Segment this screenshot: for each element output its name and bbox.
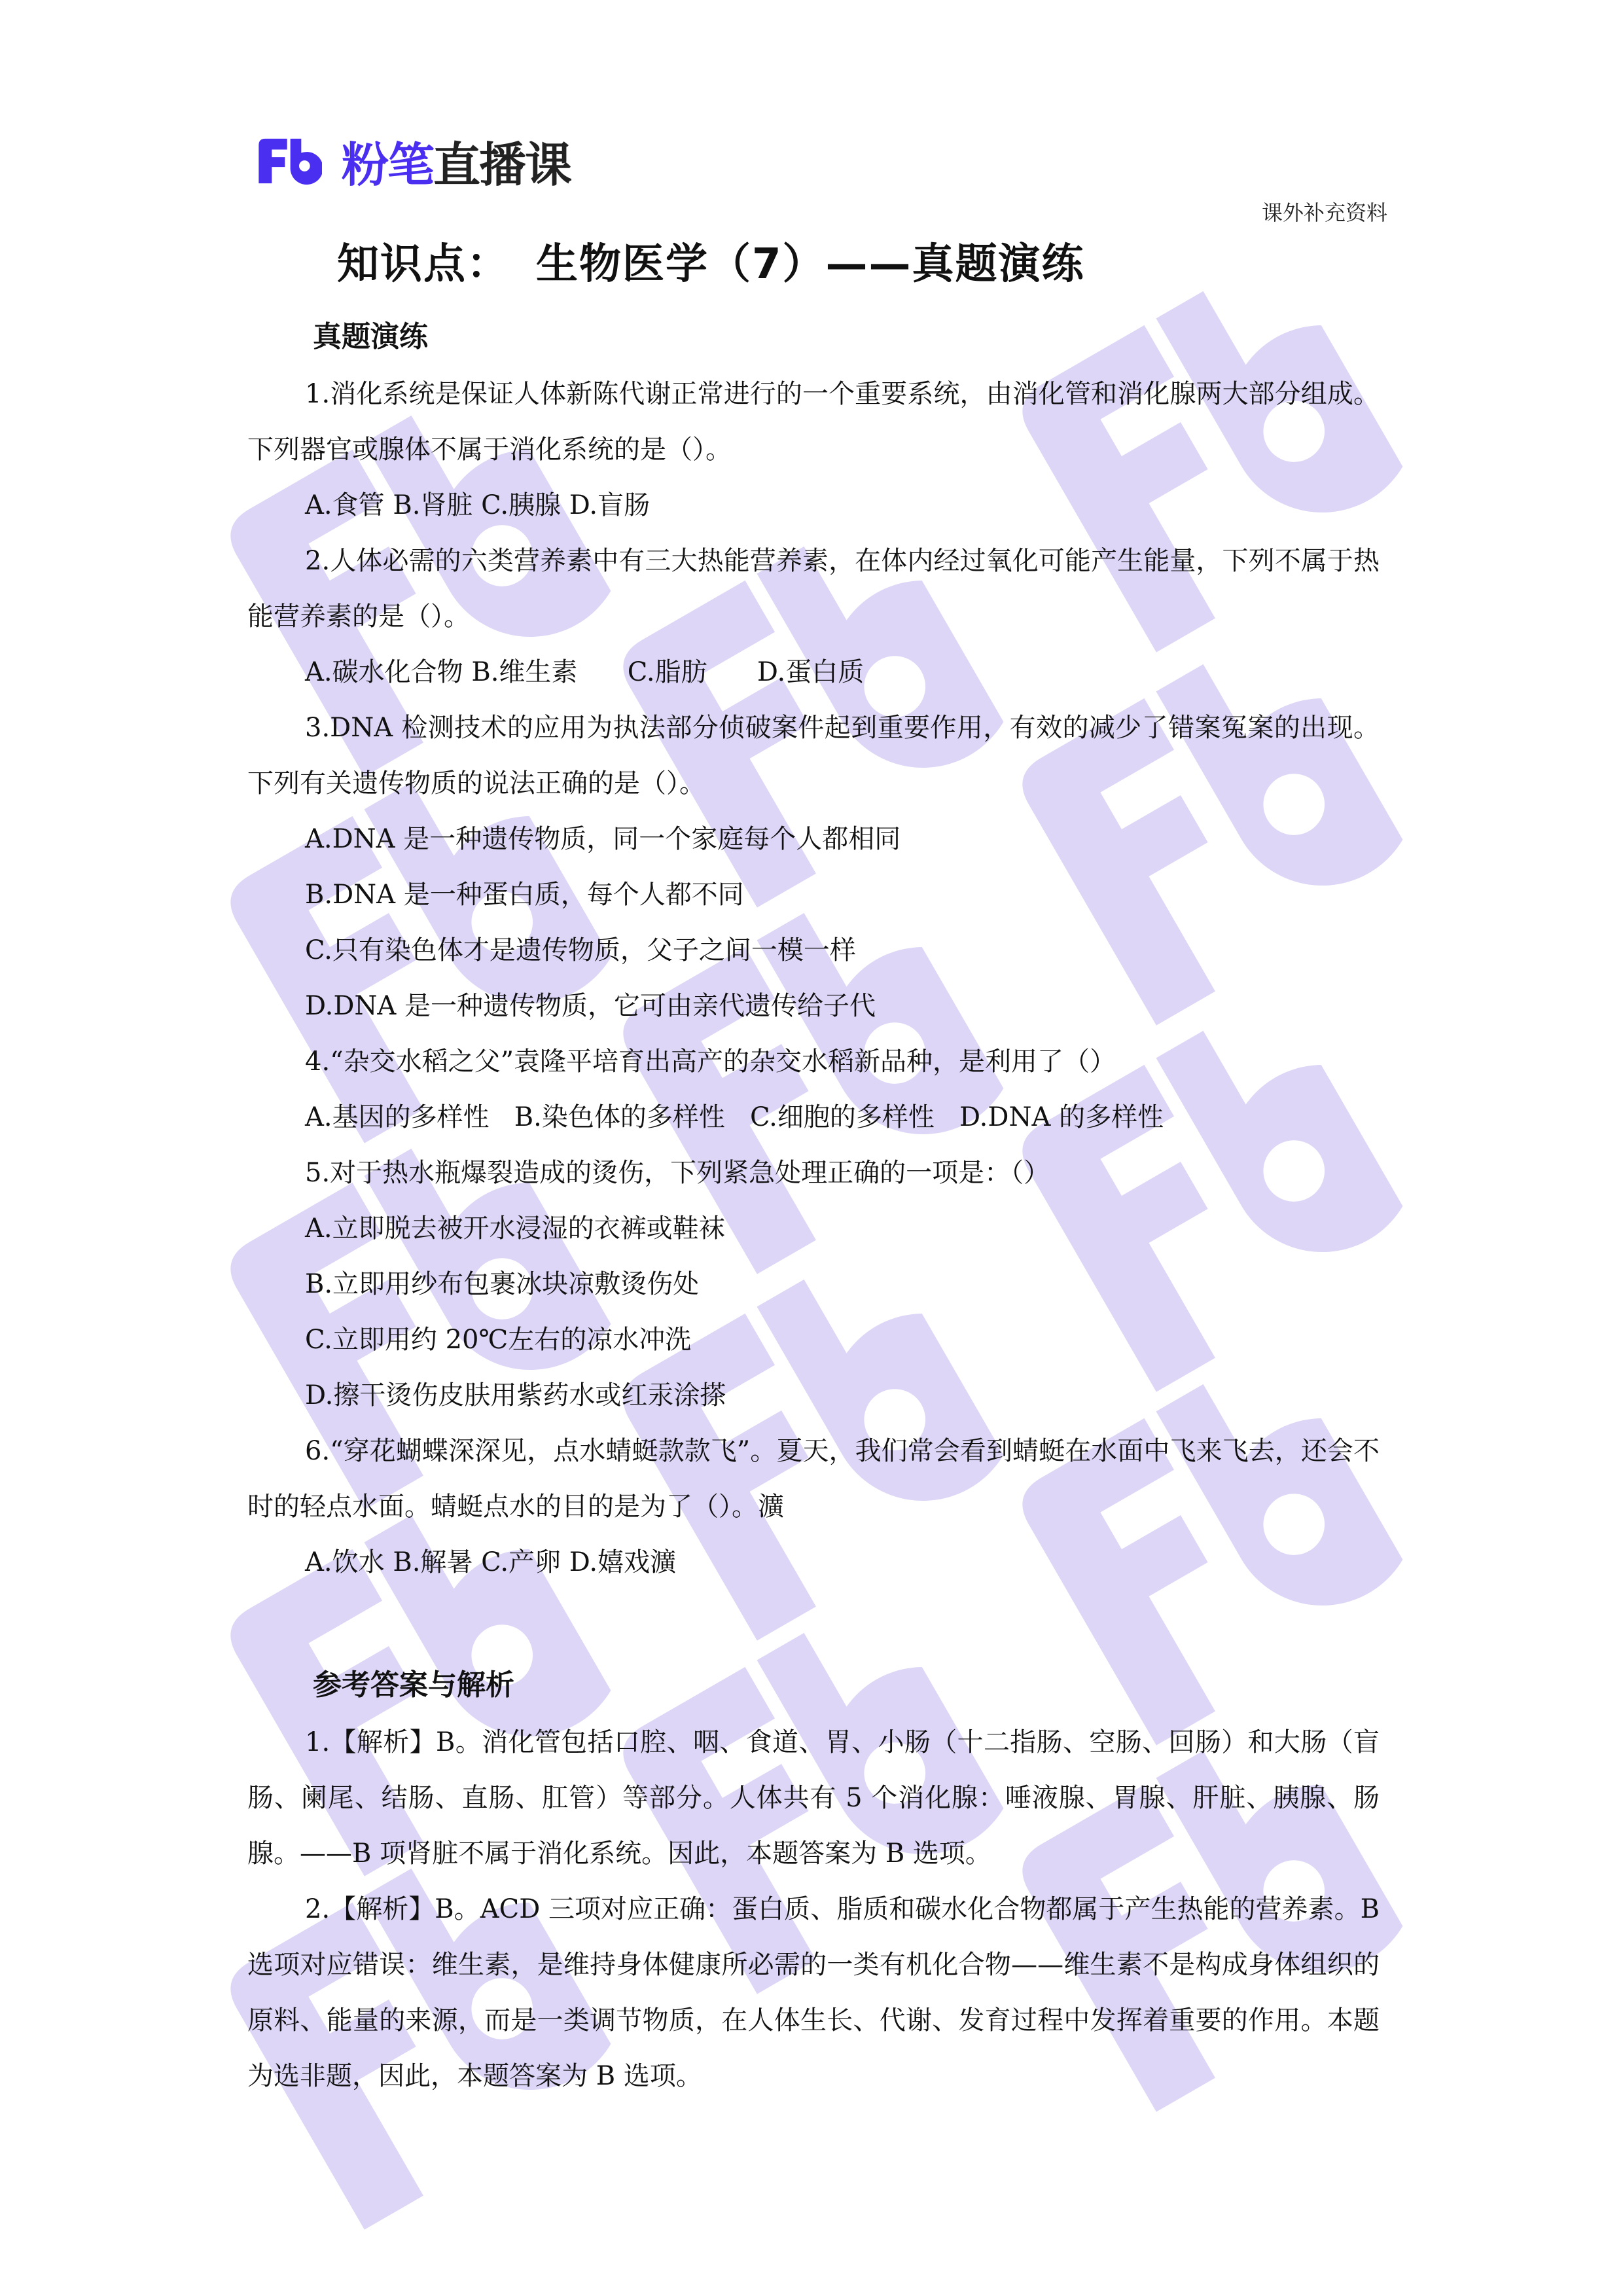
logo-product-text: 直播课 <box>433 127 571 195</box>
question-3-stem: 3.DNA 检测技术的应用为执法部分侦破案件起到重要作用，有效的减少了错案冤案的… <box>247 700 1380 812</box>
brand-logo: 粉笔 直播课 <box>257 128 571 194</box>
section-heading-answers: 参考答案与解析 <box>247 1656 1380 1715</box>
question-4-stem: 4.“杂交水稻之父”袁隆平培育出高产的杂交水稻新品种，是利用了（） <box>247 1034 1380 1090</box>
question-5-option-b: B.立即用纱布包裹冰块凉敷烫伤处 <box>247 1257 1380 1312</box>
question-3-option-c: C.只有染色体才是遗传物质，父子之间一模一样 <box>247 923 1380 978</box>
question-5-option-c: C.立即用约 20℃左右的凉水冲洗 <box>247 1312 1380 1368</box>
supplement-label: 课外补充资料 <box>1262 196 1387 226</box>
question-2-stem: 2.人体必需的六类营养素中有三大热能营养素，在体内经过氧化可能产生能量，下列不属… <box>247 533 1380 645</box>
question-2-options: A.碳水化合物 B.维生素 C.脂肪 D.蛋白质 <box>247 645 1380 700</box>
question-6-stem: 6.“穿花蝴蝶深深见，点水蜻蜓款款飞”。夏天，我们常会看到蜻蜓在水面中飞来飞去，… <box>247 1424 1380 1535</box>
logo-brand-text: 粉笔 <box>342 127 433 195</box>
question-1-options: A.食管 B.肾脏 C.胰腺 D.盲肠 <box>247 478 1380 533</box>
document-body: 真题演练 1.消化系统是保证人体新陈代谢正常进行的一个重要系统，由消化管和消化腺… <box>247 308 1380 2104</box>
fb-logo-icon <box>257 135 322 187</box>
section-heading-practice: 真题演练 <box>247 308 1380 367</box>
question-3-option-b: B.DNA 是一种蛋白质，每个人都不同 <box>247 867 1380 923</box>
question-3-option-a: A.DNA 是一种遗传物质，同一个家庭每个人都相同 <box>247 812 1380 867</box>
question-3-option-d: D.DNA 是一种遗传物质，它可由亲代遗传给子代 <box>247 978 1380 1034</box>
title-text: 生物医学（7）——真题演练 <box>536 240 1085 289</box>
question-1-stem: 1.消化系统是保证人体新陈代谢正常进行的一个重要系统，由消化管和消化腺两大部分组… <box>247 367 1380 478</box>
question-5-stem: 5.对于热水瓶爆裂造成的烫伤，下列紧急处理正确的一项是：（） <box>247 1145 1380 1201</box>
question-5-option-d: D.擦干烫伤皮肤用紫药水或红汞涂搽 <box>247 1368 1380 1424</box>
answer-2: 2.【解析】B。ACD 三项对应正确：蛋白质、脂质和碳水化合物都属于产生热能的营… <box>247 1882 1380 2104</box>
title-prefix: 知识点： <box>337 240 510 289</box>
question-6-options: A.饮水 B.解暑 C.产卵 D.嬉戏瀇 <box>247 1535 1380 1590</box>
page-title: 知识点：生物医学（7）——真题演练 <box>337 230 1085 291</box>
document-page: 粉笔 直播课 课外补充资料 知识点：生物医学（7）——真题演练 真题演练 1.消… <box>0 0 1623 2296</box>
section-spacer <box>247 1590 1380 1656</box>
question-4-options: A.基因的多样性 B.染色体的多样性 C.细胞的多样性 D.DNA 的多样性 <box>247 1090 1380 1145</box>
question-5-option-a: A.立即脱去被开水浸湿的衣裤或鞋袜 <box>247 1201 1380 1257</box>
answer-1: 1.【解析】B。消化管包括口腔、咽、食道、胃、小肠（十二指肠、空肠、回肠）和大肠… <box>247 1715 1380 1882</box>
